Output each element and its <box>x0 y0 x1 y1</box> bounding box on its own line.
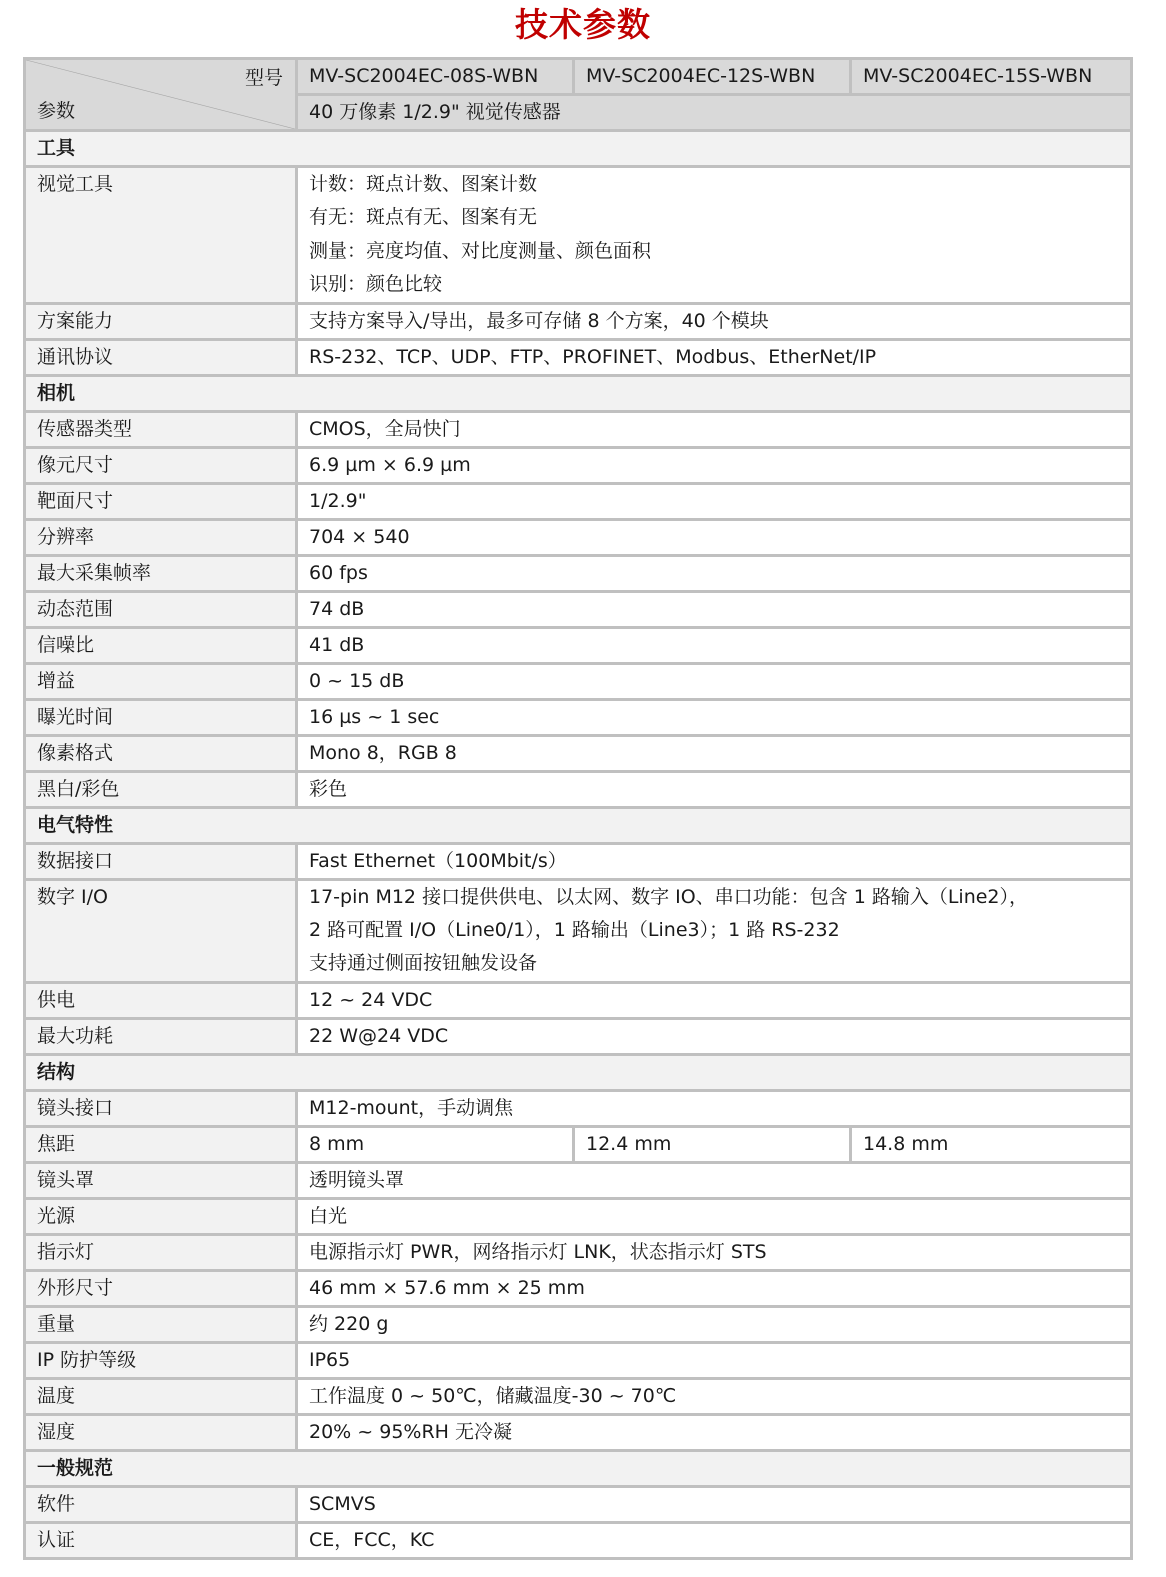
row-value: 6.9 µm × 6.9 µm <box>297 447 1132 483</box>
table-row: 像元尺寸6.9 µm × 6.9 µm <box>25 447 1132 483</box>
param-label: 参数 <box>37 95 75 128</box>
row-label: 黑白/彩色 <box>25 771 297 807</box>
row-label: 增益 <box>25 663 297 699</box>
row-value: CE，FCC，KC <box>297 1522 1132 1558</box>
table-row: 分辨率704 × 540 <box>25 519 1132 555</box>
section-row-structure: 结构 <box>25 1054 1132 1090</box>
table-row: 增益0 ~ 15 dB <box>25 663 1132 699</box>
row-label: 方案能力 <box>25 303 297 339</box>
row-label: 信噪比 <box>25 627 297 663</box>
row-value: Mono 8，RGB 8 <box>297 735 1132 771</box>
row-value: Fast Ethernet（100Mbit/s） <box>297 843 1132 879</box>
table-row: 温度工作温度 0 ~ 50℃，储藏温度-30 ~ 70℃ <box>25 1378 1132 1414</box>
row-label: 光源 <box>25 1198 297 1234</box>
table-row: 重量约 220 g <box>25 1306 1132 1342</box>
value-line: 计数：斑点计数、图案计数 <box>309 168 1119 201</box>
row-value: IP65 <box>297 1342 1132 1378</box>
section-title: 相机 <box>25 375 1132 411</box>
table-row: 软件SCMVS <box>25 1486 1132 1522</box>
row-label: 像素格式 <box>25 735 297 771</box>
table-row: IP 防护等级IP65 <box>25 1342 1132 1378</box>
table-row: 信噪比41 dB <box>25 627 1132 663</box>
table-row: 外形尺寸46 mm × 57.6 mm × 25 mm <box>25 1270 1132 1306</box>
table-row: 像素格式Mono 8，RGB 8 <box>25 735 1132 771</box>
row-label: 分辨率 <box>25 519 297 555</box>
table-row: 黑白/彩色彩色 <box>25 771 1132 807</box>
value-line: 有无：斑点有无、图案有无 <box>309 201 1119 234</box>
table-row: 光源白光 <box>25 1198 1132 1234</box>
table-row: 数字 I/O 17-pin M12 接口提供供电、以太网、数字 IO、串口功能：… <box>25 879 1132 982</box>
row-label: 认证 <box>25 1522 297 1558</box>
model-name: MV-SC2004EC-15S-WBN <box>851 59 1132 95</box>
row-label: 靶面尺寸 <box>25 483 297 519</box>
table-row: 湿度20% ~ 95%RH 无冷凝 <box>25 1414 1132 1450</box>
row-value: 工作温度 0 ~ 50℃，储藏温度-30 ~ 70℃ <box>297 1378 1132 1414</box>
row-label: 数字 I/O <box>25 879 297 982</box>
focal-length-value: 8 mm <box>297 1126 574 1162</box>
row-value: 704 × 540 <box>297 519 1132 555</box>
sensor-description: 40 万像素 1/2.9" 视觉传感器 <box>297 95 1132 131</box>
table-row: 镜头罩透明镜头罩 <box>25 1162 1132 1198</box>
model-label: 型号 <box>245 62 283 95</box>
row-label: 外形尺寸 <box>25 1270 297 1306</box>
model-name: MV-SC2004EC-08S-WBN <box>297 59 574 95</box>
row-value: 60 fps <box>297 555 1132 591</box>
row-value: 22 W@24 VDC <box>297 1018 1132 1054</box>
row-value: 1/2.9" <box>297 483 1132 519</box>
row-label: 软件 <box>25 1486 297 1522</box>
table-row: 视觉工具 计数：斑点计数、图案计数 有无：斑点有无、图案有无 测量：亮度均值、对… <box>25 167 1132 304</box>
row-value: SCMVS <box>297 1486 1132 1522</box>
row-value: 白光 <box>297 1198 1132 1234</box>
row-label: 指示灯 <box>25 1234 297 1270</box>
value-line: 测量：亮度均值、对比度测量、颜色面积 <box>309 235 1119 268</box>
page-title: 技术参数 <box>0 2 1166 48</box>
table-row: 动态范围74 dB <box>25 591 1132 627</box>
table-row: 曝光时间16 µs ~ 1 sec <box>25 699 1132 735</box>
model-name: MV-SC2004EC-12S-WBN <box>574 59 851 95</box>
table-row: 最大采集帧率60 fps <box>25 555 1132 591</box>
row-value: M12-mount，手动调焦 <box>297 1090 1132 1126</box>
section-row-tools: 工具 <box>25 131 1132 167</box>
row-label: 温度 <box>25 1378 297 1414</box>
header-diagonal-cell: 型号 参数 <box>25 59 297 131</box>
table-row: 焦距 8 mm 12.4 mm 14.8 mm <box>25 1126 1132 1162</box>
row-value: 17-pin M12 接口提供供电、以太网、数字 IO、串口功能：包含 1 路输… <box>297 879 1132 982</box>
value-line: 识别：颜色比较 <box>309 268 1119 301</box>
row-label: 传感器类型 <box>25 411 297 447</box>
row-value: RS-232、TCP、UDP、FTP、PROFINET、Modbus、Ether… <box>297 339 1132 375</box>
table-row: 传感器类型CMOS，全局快门 <box>25 411 1132 447</box>
table-row: 靶面尺寸1/2.9" <box>25 483 1132 519</box>
row-label: 最大功耗 <box>25 1018 297 1054</box>
row-value: 16 µs ~ 1 sec <box>297 699 1132 735</box>
row-value: 彩色 <box>297 771 1132 807</box>
row-label: 曝光时间 <box>25 699 297 735</box>
row-label: 焦距 <box>25 1126 297 1162</box>
value-line: 17-pin M12 接口提供供电、以太网、数字 IO、串口功能：包含 1 路输… <box>309 881 1119 914</box>
value-line: 支持通过侧面按钮触发设备 <box>309 947 1119 980</box>
row-value: 12 ~ 24 VDC <box>297 982 1132 1018</box>
table-row: 数据接口Fast Ethernet（100Mbit/s） <box>25 843 1132 879</box>
table-row: 通讯协议 RS-232、TCP、UDP、FTP、PROFINET、Modbus、… <box>25 339 1132 375</box>
focal-length-value: 12.4 mm <box>574 1126 851 1162</box>
table-row: 镜头接口M12-mount，手动调焦 <box>25 1090 1132 1126</box>
section-row-general: 一般规范 <box>25 1450 1132 1486</box>
section-title: 工具 <box>25 131 1132 167</box>
row-value: CMOS，全局快门 <box>297 411 1132 447</box>
value-line: 2 路可配置 I/O（Line0/1），1 路输出（Line3）；1 路 RS-… <box>309 914 1119 947</box>
focal-length-value: 14.8 mm <box>851 1126 1132 1162</box>
row-label: 镜头接口 <box>25 1090 297 1126</box>
row-label: 供电 <box>25 982 297 1018</box>
row-label: IP 防护等级 <box>25 1342 297 1378</box>
row-value: 46 mm × 57.6 mm × 25 mm <box>297 1270 1132 1306</box>
section-title: 电气特性 <box>25 807 1132 843</box>
row-value: 透明镜头罩 <box>297 1162 1132 1198</box>
row-label: 数据接口 <box>25 843 297 879</box>
row-label: 视觉工具 <box>25 167 297 304</box>
section-row-camera: 相机 <box>25 375 1132 411</box>
row-value: 41 dB <box>297 627 1132 663</box>
row-label: 重量 <box>25 1306 297 1342</box>
row-label: 湿度 <box>25 1414 297 1450</box>
table-row: 供电12 ~ 24 VDC <box>25 982 1132 1018</box>
table-row: 方案能力 支持方案导入/导出，最多可存储 8 个方案，40 个模块 <box>25 303 1132 339</box>
row-value: 支持方案导入/导出，最多可存储 8 个方案，40 个模块 <box>297 303 1132 339</box>
section-title: 结构 <box>25 1054 1132 1090</box>
row-label: 镜头罩 <box>25 1162 297 1198</box>
table-row: 指示灯电源指示灯 PWR，网络指示灯 LNK，状态指示灯 STS <box>25 1234 1132 1270</box>
row-value: 0 ~ 15 dB <box>297 663 1132 699</box>
table-row: 认证CE，FCC，KC <box>25 1522 1132 1558</box>
row-value: 约 220 g <box>297 1306 1132 1342</box>
row-value: 计数：斑点计数、图案计数 有无：斑点有无、图案有无 测量：亮度均值、对比度测量、… <box>297 167 1132 304</box>
row-value: 74 dB <box>297 591 1132 627</box>
header-model-row: 型号 参数 MV-SC2004EC-08S-WBN MV-SC2004EC-12… <box>25 59 1132 95</box>
spec-table: 型号 参数 MV-SC2004EC-08S-WBN MV-SC2004EC-12… <box>23 57 1133 1560</box>
row-label: 最大采集帧率 <box>25 555 297 591</box>
row-value: 20% ~ 95%RH 无冷凝 <box>297 1414 1132 1450</box>
section-title: 一般规范 <box>25 1450 1132 1486</box>
row-value: 电源指示灯 PWR，网络指示灯 LNK，状态指示灯 STS <box>297 1234 1132 1270</box>
section-row-electrical: 电气特性 <box>25 807 1132 843</box>
row-label: 动态范围 <box>25 591 297 627</box>
row-label: 通讯协议 <box>25 339 297 375</box>
table-row: 最大功耗22 W@24 VDC <box>25 1018 1132 1054</box>
row-label: 像元尺寸 <box>25 447 297 483</box>
